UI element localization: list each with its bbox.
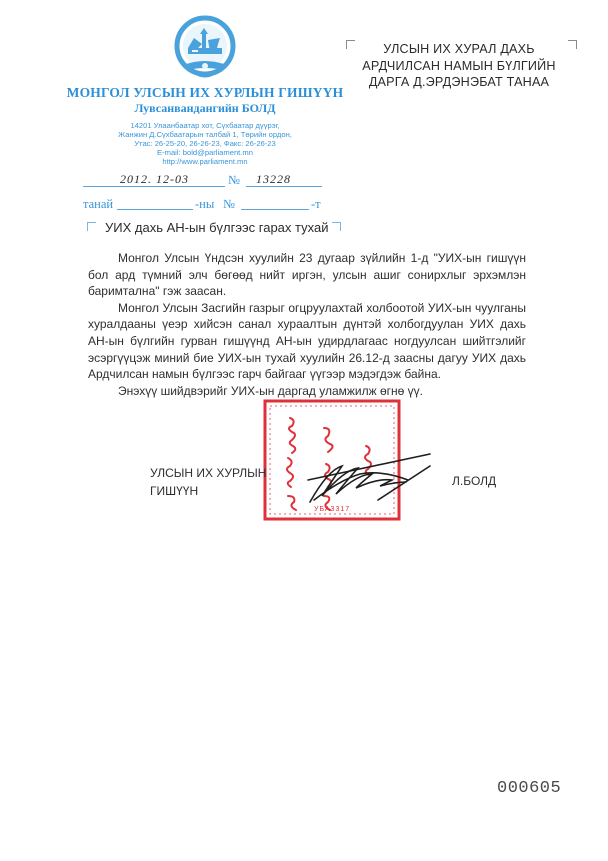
body-paragraph: Монгол Улсын Засгийн газрыг огцруулахтай… (88, 300, 526, 383)
subject-bracket-left (87, 222, 96, 231)
addressee-block: УЛСЫН ИХ ХУРАЛ ДАХЬ АРДЧИЛСАН НАМЫН БҮЛГ… (355, 41, 563, 91)
addressee-line: АРДЧИЛСАН НАМЫН БҮЛГИЙН (355, 58, 563, 75)
addressee-line: УЛСЫН ИХ ХУРАЛ ДАХЬ (355, 41, 563, 58)
yours-number-line (241, 209, 309, 210)
contact-website[interactable]: http://www.parliament.mn (60, 157, 350, 167)
state-emblem-icon (172, 14, 238, 82)
signatory-role-line1: УЛСЫН ИХ ХУРЛЫН (150, 464, 266, 482)
serial-number: 000605 (497, 779, 561, 798)
addressee-bracket-right (568, 40, 577, 49)
addressee-line: ДАРГА Д.ЭРДЭНЭБАТ ТАНАА (355, 74, 563, 91)
body-paragraph: Энэхүү шийдвэрийг УИХ-ын даргад уламжилж… (88, 383, 526, 400)
letter-body: Монгол Улсын Үндсэн хуулийн 23 дугаар зү… (88, 250, 526, 399)
addressee-bracket-left (346, 40, 355, 49)
letter-number: 13228 (256, 172, 291, 187)
signatory-name: Л.БОЛД (452, 474, 496, 488)
subject-bracket-right (332, 222, 341, 231)
number-label: № (228, 173, 240, 188)
yours-date-line (117, 209, 193, 210)
letter-date: 2012. 12-03 (120, 172, 189, 187)
signatory-role-line2: ГИШҮҮН (150, 482, 266, 500)
letterhead-title: МОНГОЛ УЛСЫН ИХ ХУРЛЫН ГИШҮҮН (60, 85, 350, 101)
yours-label: танай (83, 197, 113, 212)
body-paragraph: Монгол Улсын Үндсэн хуулийн 23 дугаар зү… (88, 250, 526, 300)
yours-suffix: -ны (195, 197, 214, 212)
handwritten-signature (300, 440, 440, 516)
yours-number-label: № (223, 197, 235, 212)
letterhead-name: Лувсанвандангийн БОЛД (60, 101, 350, 116)
yours-number-suffix: -т (311, 197, 321, 212)
letter-subject: УИХ дахь АН-ын бүлгээс гарах тухай (105, 220, 328, 235)
signatory-role: УЛСЫН ИХ ХУРЛЫН ГИШҮҮН (150, 464, 266, 500)
